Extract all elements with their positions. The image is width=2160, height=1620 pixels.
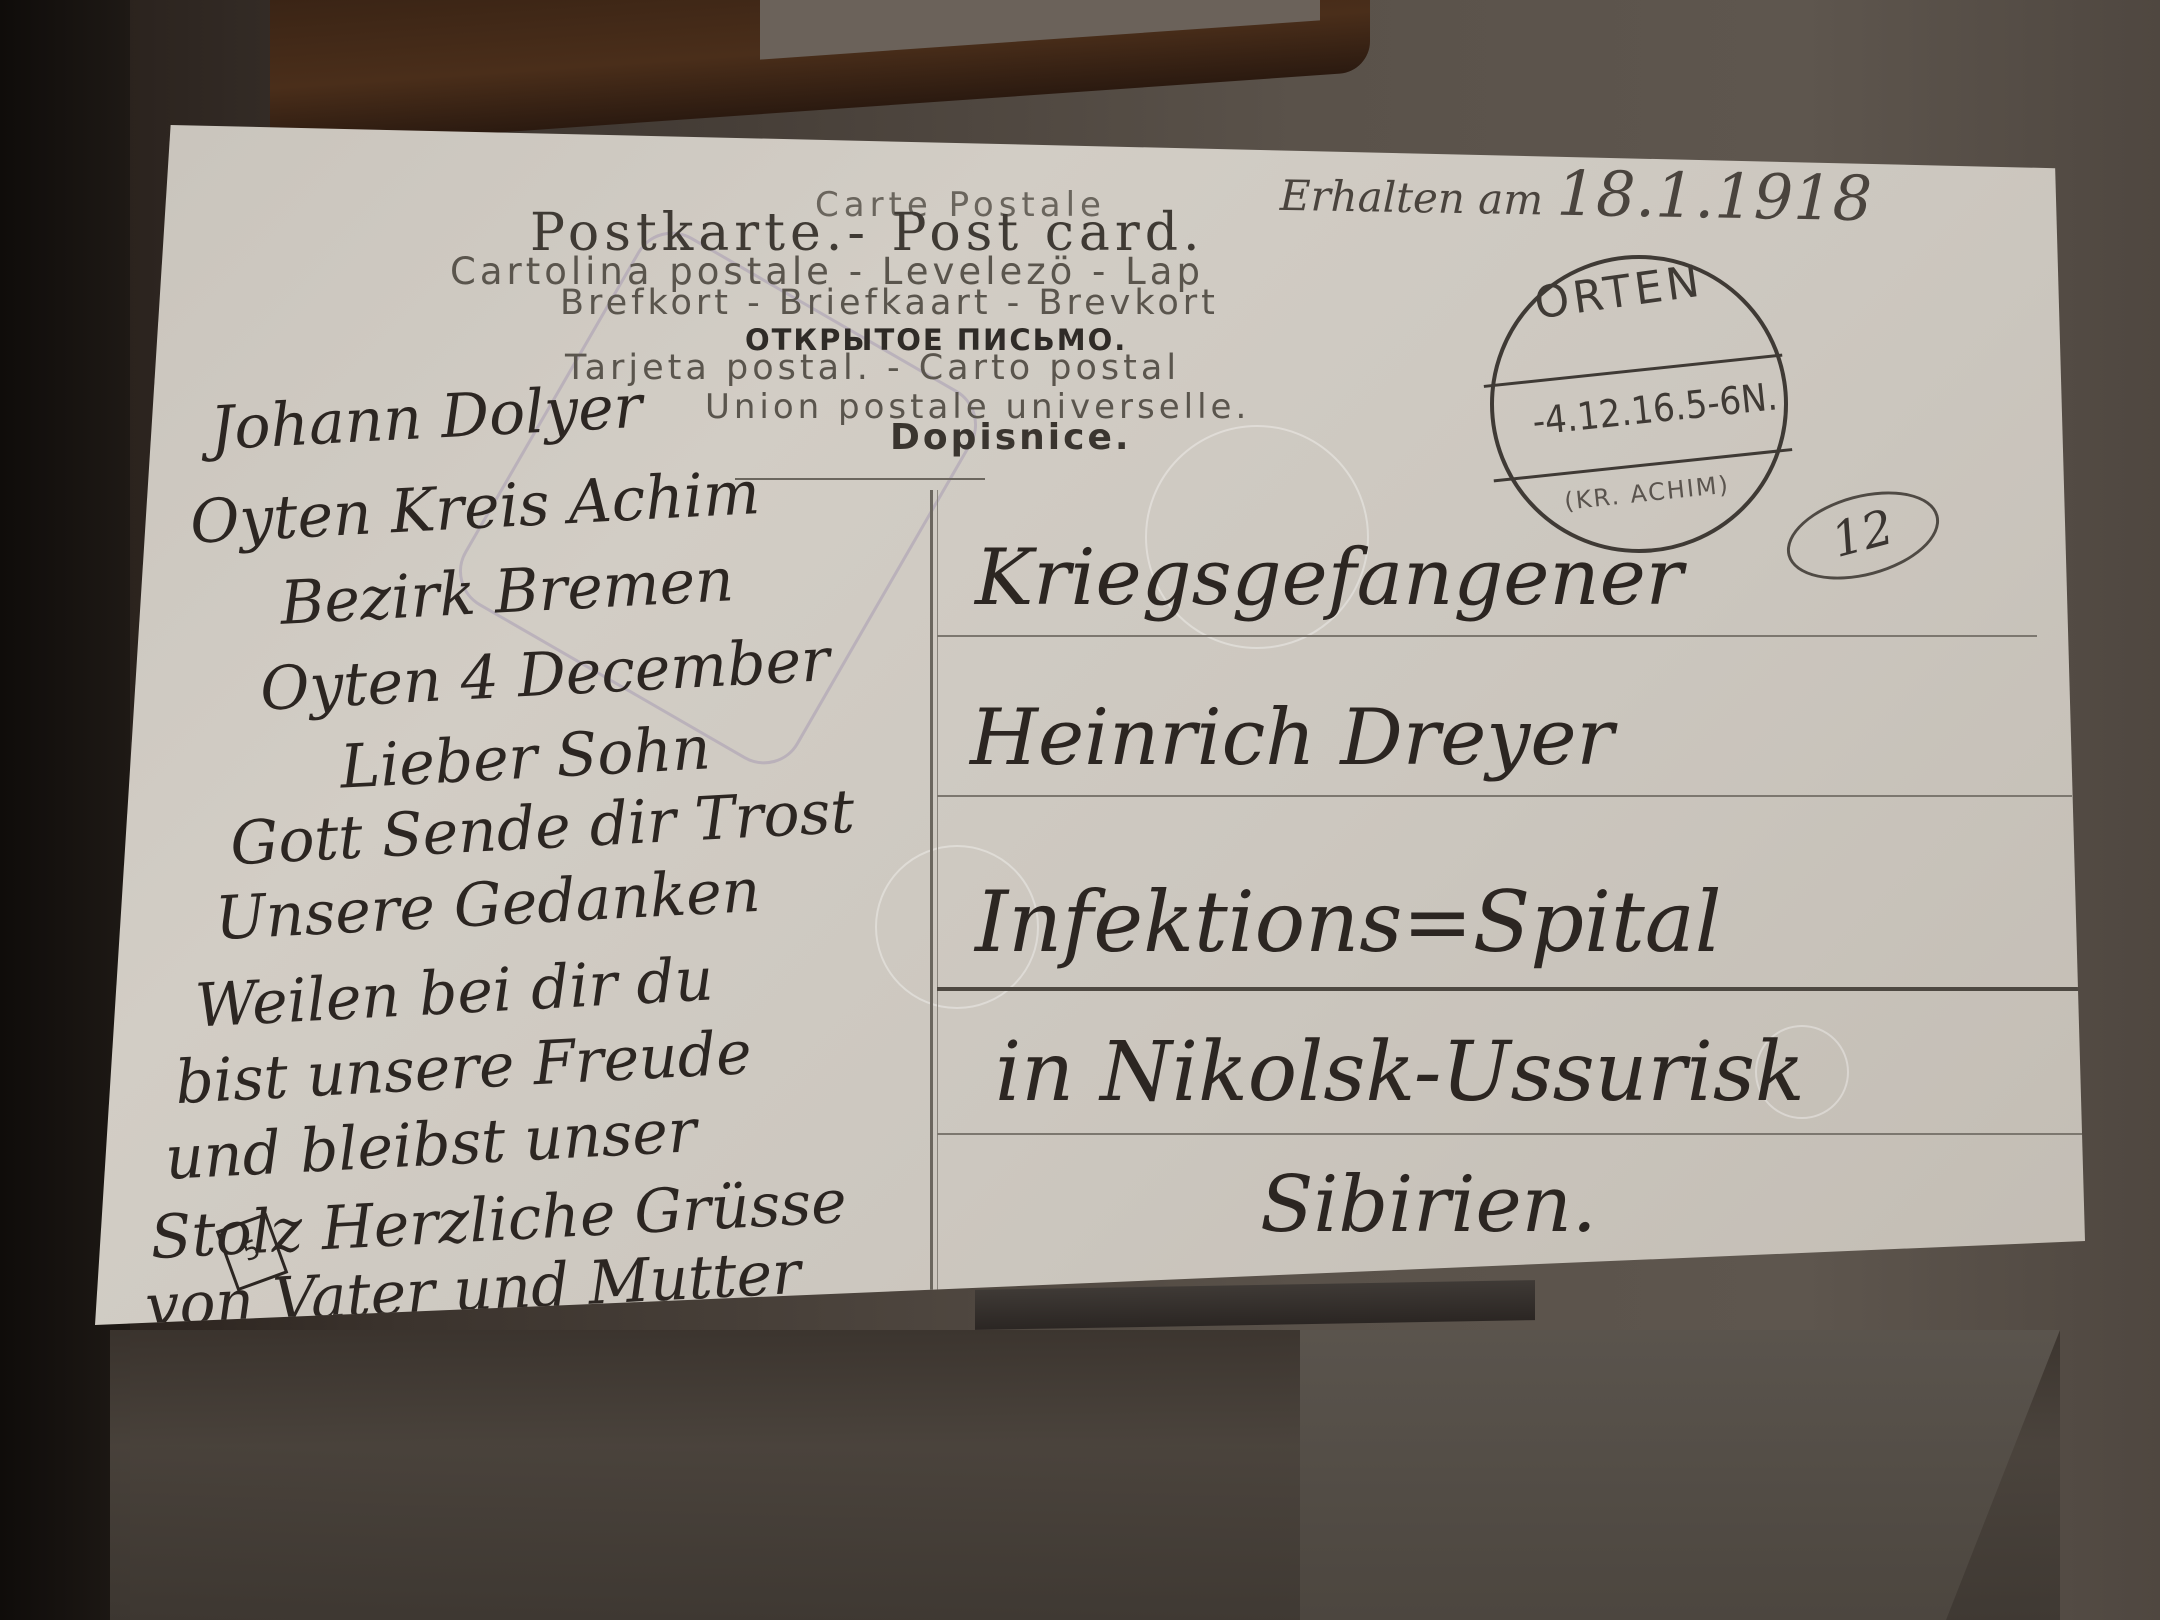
postmark-stamp: ORTEN -4.12.16.5-6N. (KR. ACHIM): [1490, 255, 1788, 553]
glass-reflection-right: [1300, 1330, 2060, 1620]
received-label: Erhalten am: [1279, 171, 1543, 225]
address-line-rule: [937, 1133, 2085, 1135]
divider-vertical-inner: [937, 490, 938, 1325]
address-line-rule: [937, 987, 2085, 991]
postcard: Carte Postale Postkarte.- Post card. Car…: [95, 125, 2085, 1325]
postmark-bottom-text: (KR. ACHIM): [1563, 470, 1731, 515]
address-line-rule: [937, 635, 2037, 637]
address-line: Sibirien.: [1260, 1160, 1597, 1250]
received-note: Erhalten am 18.1.1918: [1279, 152, 1872, 235]
message-line: Gott Sende dir Trost: [229, 777, 856, 880]
divider-vertical: [930, 490, 933, 1325]
printed-brefkort: Brefkort - Briefkaart - Brevkort: [560, 283, 1219, 323]
printed-dopisnice: Dopisnice.: [890, 417, 1132, 458]
circled-number: 12: [1777, 476, 1949, 595]
received-date: 18.1.1918: [1556, 157, 1873, 235]
address-line: in Nikolsk-Ussurisk: [995, 1025, 1805, 1120]
divider-horizontal: [735, 478, 985, 480]
address-line-rule: [937, 795, 2072, 797]
printed-tarjeta: Tarjeta postal. - Carto postal: [565, 348, 1180, 388]
address-line: Kriegsgefangener: [975, 533, 1683, 623]
postmark-town: ORTEN: [1531, 255, 1706, 329]
address-line: Infektions=Spital: [975, 873, 1722, 971]
address-line: Heinrich Dreyer: [970, 693, 1614, 783]
